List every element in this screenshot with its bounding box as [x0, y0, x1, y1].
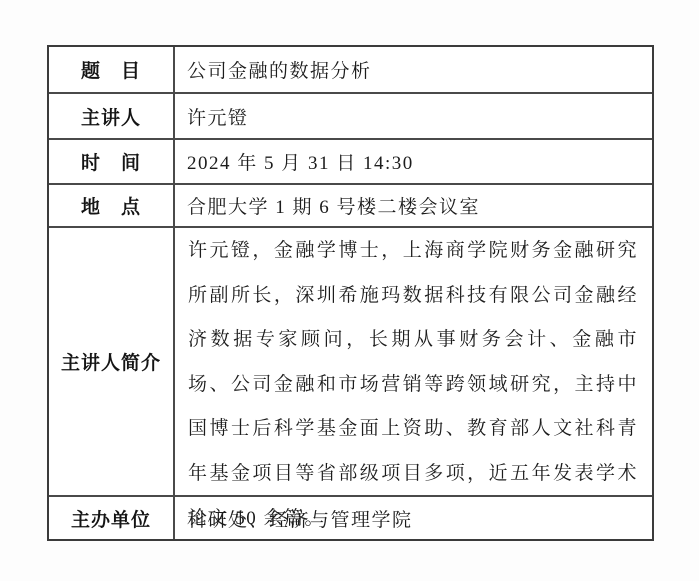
table-row-time: 时 间 2024 年 5 月 31 日 14:30 — [49, 138, 652, 183]
location-row-value: 合肥大学 1 期 6 号楼二楼会议室 — [173, 185, 652, 226]
time-row-label: 时 间 — [49, 140, 173, 183]
organizer-row-label: 主办单位 — [49, 497, 173, 539]
table-row-speaker-bio: 主讲人简介 许元镫，金融学博士，上海商学院财务金融研究所副所长，深圳希施玛数据科… — [49, 226, 652, 495]
table-row-speaker: 主讲人 许元镫 — [49, 92, 652, 138]
title-row-label: 题 目 — [49, 47, 173, 92]
speaker-bio-row-value: 许元镫，金融学博士，上海商学院财务金融研究所副所长，深圳希施玛数据科技有限公司金… — [173, 228, 652, 495]
table-row-organizer: 主办单位 科研处、经济与管理学院 — [49, 495, 652, 539]
organizer-row-value: 科研处、经济与管理学院 — [173, 497, 652, 539]
page: 题 目 公司金融的数据分析 主讲人 许元镫 时 间 2024 年 5 月 31 … — [0, 0, 699, 581]
speaker-bio-row-label: 主讲人简介 — [49, 228, 173, 495]
location-row-label: 地 点 — [49, 185, 173, 226]
speaker-row-value: 许元镫 — [173, 94, 652, 138]
table-row-location: 地 点 合肥大学 1 期 6 号楼二楼会议室 — [49, 183, 652, 226]
seminar-info-table: 题 目 公司金融的数据分析 主讲人 许元镫 时 间 2024 年 5 月 31 … — [47, 45, 654, 541]
table-row-title: 题 目 公司金融的数据分析 — [49, 47, 652, 92]
speaker-row-label: 主讲人 — [49, 94, 173, 138]
time-row-value: 2024 年 5 月 31 日 14:30 — [173, 140, 652, 183]
title-row-value: 公司金融的数据分析 — [173, 47, 652, 92]
